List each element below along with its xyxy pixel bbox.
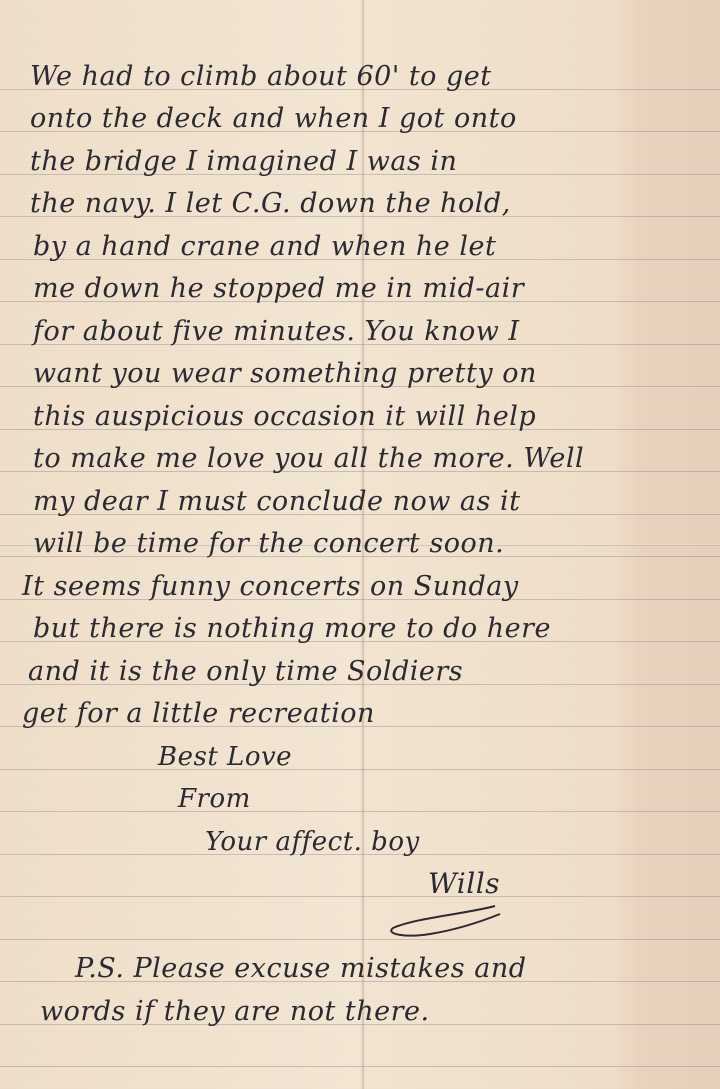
ruled-line [0, 811, 720, 812]
signature-flourish [385, 900, 505, 940]
postscript-line: words if they are not there. [40, 997, 430, 1027]
closing-relation: Your affect. boy [205, 827, 420, 857]
letter-line: by a hand crane and when he let [33, 232, 496, 262]
letter-line: this auspicious occasion it will help [33, 402, 536, 432]
letter-line: the navy. I let C.G. down the hold, [30, 189, 511, 219]
letter-line: for about five minutes. You know I [33, 317, 520, 347]
signature: Wills [428, 869, 500, 899]
letter-line: my dear I must conclude now as it [33, 487, 520, 517]
letter-line: the bridge I imagined I was in [30, 147, 457, 177]
ruled-line [0, 896, 720, 897]
ruled-line [0, 769, 720, 770]
letter-line: will be time for the concert soon. [33, 529, 504, 559]
letter-line: want you wear something pretty on [33, 359, 537, 389]
ruled-line [0, 1066, 720, 1067]
closing-salutation: Best Love [158, 742, 292, 772]
closing-from: From [178, 784, 251, 814]
letter-line: but there is nothing more to do here [33, 614, 551, 644]
postscript-line: P.S. Please excuse mistakes and [75, 954, 527, 984]
letter-line: onto the deck and when I got onto [30, 104, 517, 134]
letter-line: It seems funny concerts on Sunday [22, 572, 519, 602]
letter-line: and it is the only time Soldiers [28, 657, 463, 687]
ruled-line [0, 939, 720, 940]
letter-page: We had to climb about 60' to get onto th… [0, 0, 720, 1089]
letter-line: to make me love you all the more. Well [33, 444, 584, 474]
letter-line: me down he stopped me in mid-air [33, 274, 524, 304]
letter-line: We had to climb about 60' to get [30, 62, 492, 92]
letter-line: get for a little recreation [22, 699, 375, 729]
